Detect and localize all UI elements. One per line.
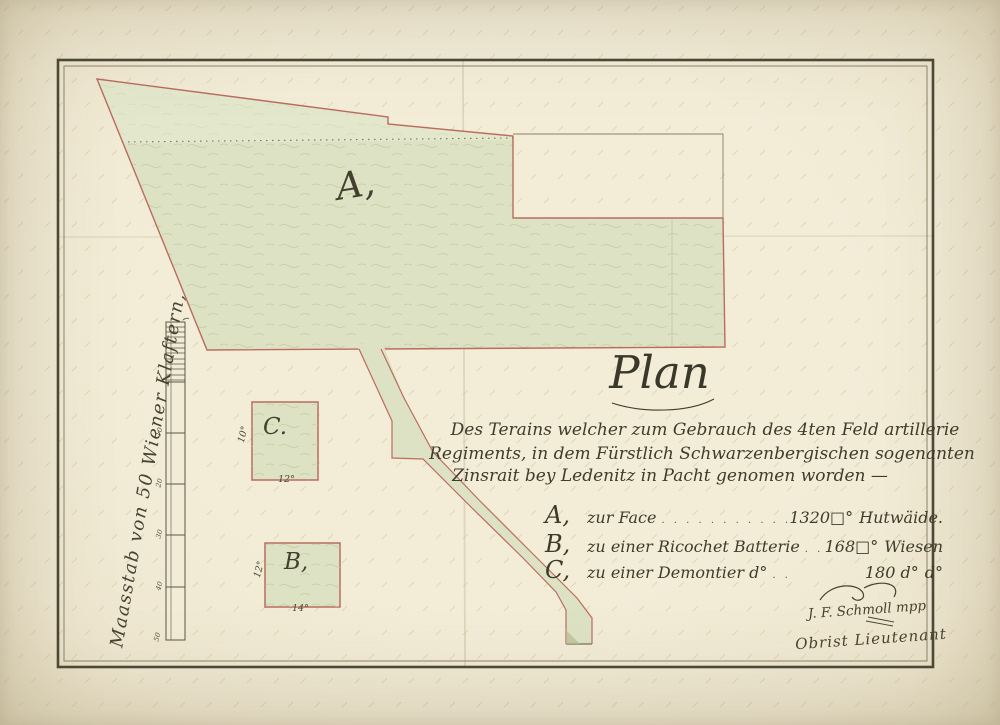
legend-row-b: B, zu einer Ricochet Batterie . . 168□° …: [545, 530, 943, 558]
legend-row-a: A, zur Face . . . . . . . . . . . . . . …: [545, 501, 943, 529]
legend-letter: B,: [545, 530, 587, 558]
legend-unit: d°: [925, 563, 943, 582]
subtitle-line-2: Regiments, in dem Fürstlich Schwarzenber…: [452, 444, 952, 464]
legend-description: zu einer Demontier d°: [587, 563, 767, 582]
legend-value: 168□°: [825, 537, 879, 556]
battery-b-width-dimension: 14°: [292, 603, 309, 614]
legend-letter: A,: [545, 501, 587, 529]
legend-letter: C,: [545, 556, 587, 584]
battery-c-width-dimension: 12°: [278, 474, 295, 485]
legend-value: 180 d°: [865, 563, 919, 582]
battery-c-label: C.: [263, 414, 287, 440]
legend-dot-leader: . .: [800, 544, 825, 555]
subtitle-line-1: Des Terains welcher zum Gebrauch des 4te…: [460, 420, 950, 440]
scanned-plan-sheet: Maasstab von 50 Wiener Klaftern, 10 20 3…: [0, 0, 1000, 725]
subtitle-line-3: Zinsrait bey Ledenitz in Pacht genomen w…: [425, 466, 915, 486]
legend-unit: Hutwäide.: [859, 508, 943, 527]
legend-description: zur Face: [587, 508, 656, 527]
battery-b-label: B,: [284, 549, 308, 575]
legend-dot-leader: . .: [767, 570, 865, 581]
legend-dot-leader: . . . . . . . . . . . . . .: [656, 515, 789, 526]
legend-description: zu einer Ricochet Batterie: [587, 537, 800, 556]
plan-title: Plan: [552, 346, 767, 399]
field-a-label: A,: [333, 160, 378, 208]
legend-row-c: C, zu einer Demontier d° . . 180 d° d°: [545, 556, 943, 584]
legend-value: 1320□°: [789, 508, 853, 527]
legend-unit: Wiesen: [884, 537, 943, 556]
